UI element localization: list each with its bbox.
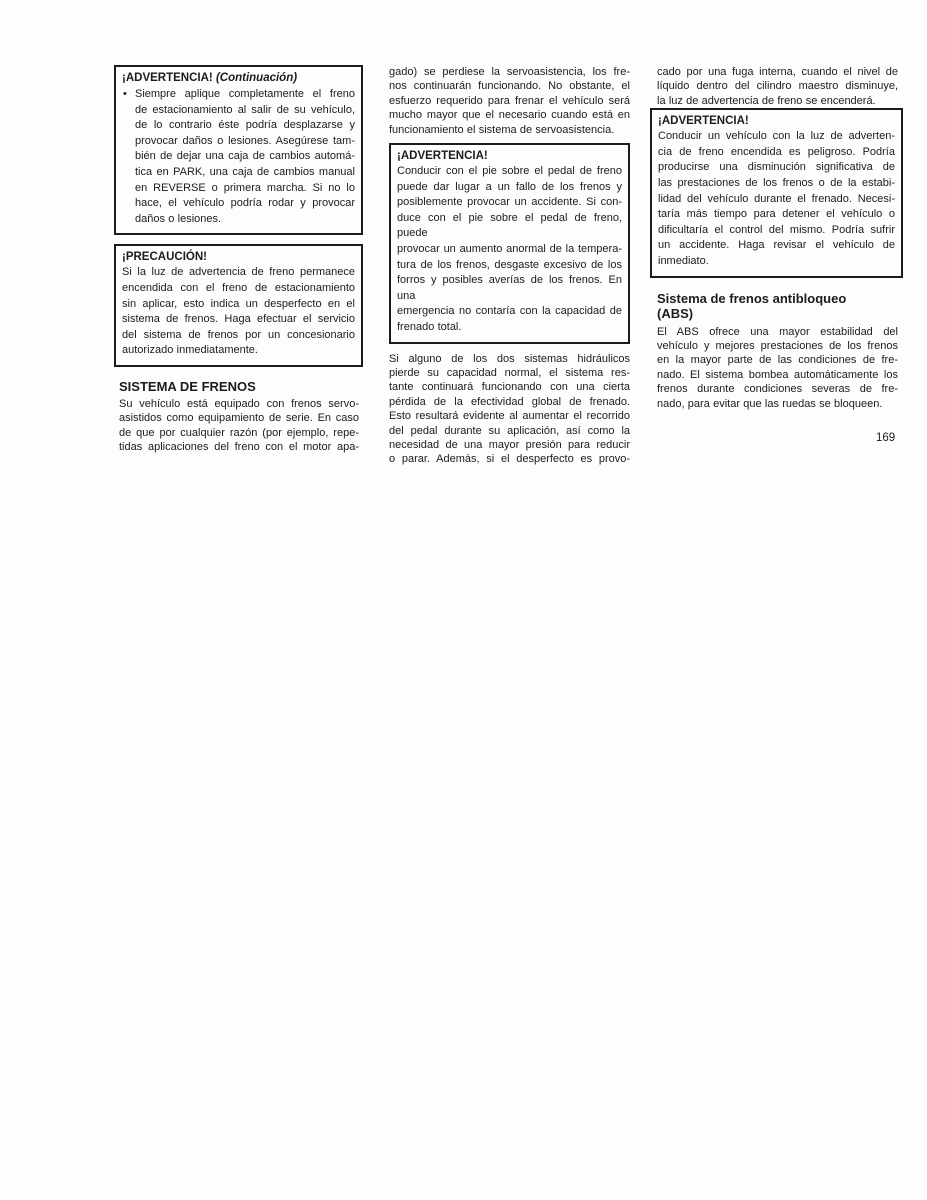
warning-box-pedal: ¡ADVERTENCIA! Conducir con el pie sobre … (389, 143, 630, 344)
text-line: daños o lesiones. (135, 212, 355, 228)
caution-box-text: Si la luz de advertencia de freno perman… (122, 265, 355, 359)
text-line: la luz de advertencia de freno se encend… (657, 94, 898, 108)
warning-title-text: ¡ADVERTENCIA! (122, 72, 213, 84)
text-line: de estacionamiento al salir de su vehícu… (135, 103, 355, 119)
section-heading-sistema-de-frenos: SISTEMA DE FRENOS (119, 379, 363, 394)
section-heading-abs: Sistema de frenos antibloqueo (ABS) (657, 291, 903, 322)
warning-title-continuation: (Continuación) (216, 72, 297, 84)
paragraph-hydraulic-systems: Si alguno de los dos sistemas hidráulico… (389, 352, 630, 467)
text-line: forros y posibles averías de los frenos.… (397, 273, 622, 304)
text-line: vehículo y mejores prestaciones de los f… (657, 339, 898, 353)
text-line: tidas aplicaciones del freno con el moto… (119, 440, 359, 454)
text-line: en la mayor parte de las condiciones de … (657, 353, 898, 367)
column-center: gado) se perdiese la servoasistencia, lo… (389, 65, 630, 467)
text-line: Su vehículo está equipado con frenos ser… (119, 397, 359, 411)
text-line: posiblemente provocar un accidente. Si c… (397, 195, 622, 211)
text-line: tante continuará funcionando con una cie… (389, 380, 630, 394)
text-line: Si alguno de los dos sistemas hidráulico… (389, 352, 630, 366)
text-line: hace, el vehículo podría rodar y provoca… (135, 196, 355, 212)
warning-box-title: ¡ADVERTENCIA! (397, 149, 622, 164)
text-line: taría más tiempo para detener el vehícul… (658, 207, 895, 223)
text-line: lidad del vehículo durante el frenado. N… (658, 192, 895, 208)
text-line: cado por una fuga interna, cuando el niv… (657, 65, 898, 79)
warning-box-text: Conducir con el pie sobre el pedal de fr… (397, 164, 622, 336)
text-line: tica en PARK, una caja de cambios manual (135, 165, 355, 181)
text-line: nos continuarán funcionando. No obstante… (389, 79, 630, 93)
text-line: tura de los frenos, desgaste excesivo de… (397, 258, 622, 274)
column-right: cado por una fuga interna, cuando el niv… (650, 65, 903, 411)
text-line: pierde su capacidad normal, el sistema r… (389, 366, 630, 380)
paragraph-servo-continued: gado) se perdiese la servoasistencia, lo… (389, 65, 630, 137)
warning-box-text: Conducir un vehículo con la luz de adver… (658, 129, 895, 269)
caution-box: ¡PRECAUCIÓN! Si la luz de advertencia de… (114, 244, 363, 367)
text-line: El ABS ofrece una mayor estabilidad del (657, 325, 898, 339)
page-number: 169 (876, 431, 895, 445)
paragraph-leak-continued: cado por una fuga interna, cuando el niv… (657, 65, 898, 108)
text-line: frenos durante condiciones severas de fr… (657, 382, 898, 396)
text-line: encendida con el freno de estacionamient… (122, 281, 355, 297)
paragraph-abs: El ABS ofrece una mayor estabilidad delv… (657, 325, 898, 411)
text-line: puede dar lugar a un fallo de los frenos… (397, 180, 622, 196)
text-line: Conducir un vehículo con la luz de adver… (658, 129, 895, 145)
text-line: del sistema de frenos por un concesionar… (122, 328, 355, 344)
text-line: necesidad de una mayor presión para redu… (389, 438, 630, 452)
paragraph-brakes-intro: Su vehículo está equipado con frenos ser… (119, 397, 359, 455)
text-line: producirse una disminución significativa… (658, 160, 895, 176)
text-line: autorizado inmediatamente. (122, 343, 355, 359)
text-line: o parar. Además, si el desperfecto es pr… (389, 452, 630, 466)
abs-heading-line2: (ABS) (657, 306, 903, 322)
text-line: Siempre aplique completamente el freno (135, 87, 355, 103)
text-line: emergencia no contaría con la capacidad … (397, 304, 622, 320)
warning-box-text: Siempre aplique completamente el frenode… (135, 87, 355, 227)
text-line: provocar daños o lesiones. Asegúrese tam… (135, 134, 355, 150)
warning-box-title: ¡ADVERTENCIA! (Continuación) (122, 71, 355, 86)
text-line: duce con el pie sobre el pedal de freno,… (397, 211, 622, 242)
text-line: mucho mayor que el necesario cuando está… (389, 108, 630, 122)
warning-bullet-item: • Siempre aplique completamente el freno… (122, 87, 355, 227)
text-line: esfuerzo requerido para frenar el vehícu… (389, 94, 630, 108)
warning-box-title: ¡ADVERTENCIA! (658, 114, 895, 129)
text-line: Si la luz de advertencia de freno perman… (122, 265, 355, 281)
text-line: pérdida de la efectividad global de fren… (389, 395, 630, 409)
text-line: líquido dentro del cilindro maestro dism… (657, 79, 898, 93)
caution-box-title: ¡PRECAUCIÓN! (122, 250, 355, 265)
text-line: de lo contrario éste podría desplazarse … (135, 118, 355, 134)
warning-box-brake-light: ¡ADVERTENCIA! Conducir un vehículo con l… (650, 108, 903, 277)
text-line: cia de freno encendida es peligroso. Pod… (658, 145, 895, 161)
text-line: las prestaciones de los frenos o de la e… (658, 176, 895, 192)
text-line: nado, para evitar que las ruedas se bloq… (657, 397, 898, 411)
text-line: asistidos como equipamiento de serie. En… (119, 411, 359, 425)
text-line: en REVERSE o primera marcha. Si no lo (135, 181, 355, 197)
text-line: de que por cualquier razón (por ejemplo,… (119, 426, 359, 440)
column-left: ¡ADVERTENCIA! (Continuación) • Siempre a… (114, 65, 363, 455)
text-line: gado) se perdiese la servoasistencia, lo… (389, 65, 630, 79)
text-line: provocar un aumento anormal de la temper… (397, 242, 622, 258)
text-line: nado. El sistema bombea automáticamente … (657, 368, 898, 382)
text-line: sistema de frenos. Haga efectuar el serv… (122, 312, 355, 328)
text-line: Esto resultará evidente al aumentar el r… (389, 409, 630, 423)
abs-heading-line1: Sistema de frenos antibloqueo (657, 291, 903, 307)
text-line: del pedal durante su aplicación, así com… (389, 424, 630, 438)
bullet-marker: • (123, 87, 127, 103)
text-line: Conducir con el pie sobre el pedal de fr… (397, 164, 622, 180)
text-line: frenado total. (397, 320, 622, 336)
warning-box-continuation: ¡ADVERTENCIA! (Continuación) • Siempre a… (114, 65, 363, 235)
text-line: bién de dejar una caja de cambios automá… (135, 149, 355, 165)
text-line: un accidente. Haga revisar el vehículo d… (658, 238, 895, 254)
text-line: dificultaría el control del mismo. Podrí… (658, 223, 895, 239)
text-line: inmediato. (658, 254, 895, 270)
text-line: funcionamiento el sistema de servoasiste… (389, 123, 630, 137)
manual-page: ¡ADVERTENCIA! (Continuación) • Siempre a… (0, 0, 927, 1200)
text-line: sin aplicar, esto indica un desperfecto … (122, 297, 355, 313)
